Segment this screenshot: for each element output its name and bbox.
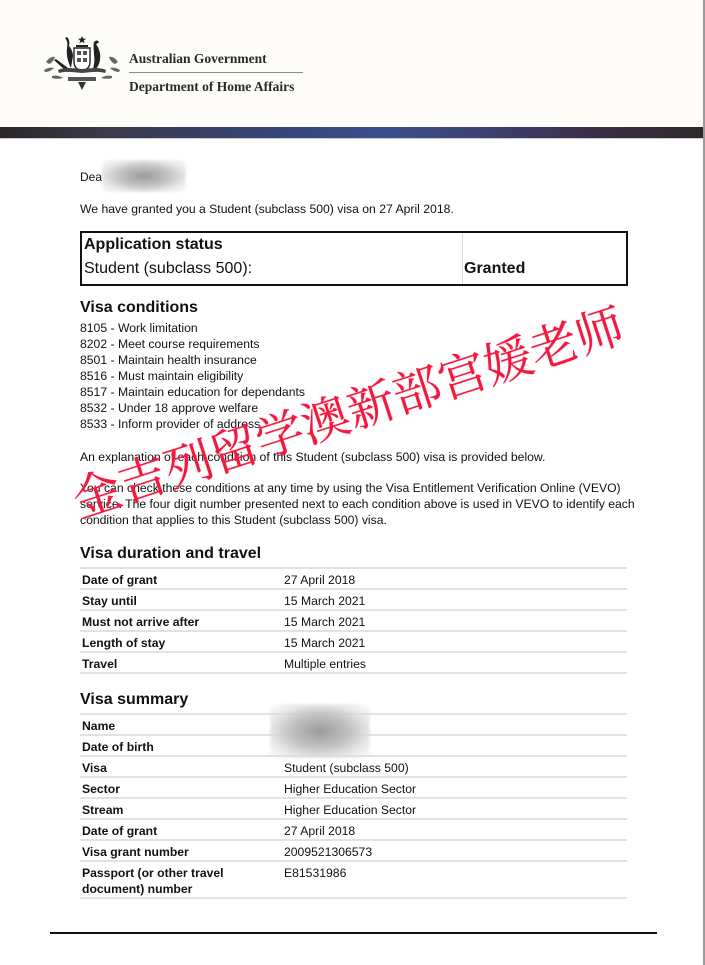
row-value: Higher Education Sector [284, 802, 416, 818]
list-item: 8202 - Meet course requirements [80, 336, 305, 352]
redacted-name [102, 160, 186, 192]
row-label: Stay until [82, 593, 262, 609]
row-label: Date of birth [82, 739, 262, 755]
table-row: Travel Multiple entries [80, 653, 627, 674]
row-value: 2009521306573 [284, 844, 372, 860]
row-value: Multiple entries [284, 656, 366, 672]
department-name: Department of Home Affairs [129, 79, 303, 95]
row-label: Sector [82, 781, 262, 797]
row-value: Higher Education Sector [284, 781, 416, 797]
row-value: 15 March 2021 [284, 593, 365, 609]
visa-summary-title: Visa summary [80, 691, 188, 709]
visa-conditions-title: Visa conditions [80, 299, 198, 317]
table-row: Visa Student (subclass 500) [80, 757, 627, 778]
duration-travel-title: Visa duration and travel [80, 545, 261, 563]
org-divider [129, 72, 303, 73]
row-label: Visa grant number [82, 844, 262, 860]
table-row: Stay until 15 March 2021 [80, 590, 627, 611]
row-value: 15 March 2021 [284, 614, 365, 630]
table-row: Stream Higher Education Sector [80, 799, 627, 820]
list-item: 8516 - Must maintain eligibility [80, 368, 305, 384]
coat-of-arms-icon [38, 32, 126, 94]
row-value: 27 April 2018 [284, 823, 355, 839]
footer-rule [50, 932, 657, 934]
row-value: 15 March 2021 [284, 635, 365, 651]
grant-intro: We have granted you a Student (subclass … [80, 202, 454, 216]
letterhead: Australian Government Department of Home… [0, 0, 703, 128]
row-value: 27 April 2018 [284, 572, 355, 588]
row-label: Date of grant [82, 572, 262, 588]
row-label: Date of grant [82, 823, 262, 839]
table-row: Length of stay 15 March 2021 [80, 632, 627, 653]
redacted-personal-details [270, 704, 370, 758]
table-row: Sector Higher Education Sector [80, 778, 627, 799]
row-label: Length of stay [82, 635, 262, 651]
status-badge: Granted [464, 260, 525, 278]
header-band [0, 127, 703, 138]
row-label: Travel [82, 656, 262, 672]
list-item: 8501 - Maintain health insurance [80, 352, 305, 368]
row-value: Student (subclass 500) [284, 760, 409, 776]
org-name: Australian Government Department of Home… [129, 51, 303, 95]
table-row: Passport (or other travel document) numb… [80, 862, 627, 899]
list-item: 8105 - Work limitation [80, 320, 305, 336]
row-label: Stream [82, 802, 262, 818]
duration-travel-table: Date of grant 27 April 2018 Stay until 1… [80, 567, 627, 674]
row-value: E81531986 [284, 865, 346, 881]
application-status-title: Application status [84, 236, 223, 254]
row-label: Passport (or other travel document) numb… [82, 865, 262, 897]
table-row: Date of grant 27 April 2018 [80, 820, 627, 841]
table-row: Date of grant 27 April 2018 [80, 569, 627, 590]
row-label: Visa [82, 760, 262, 776]
salutation: Dea [80, 170, 102, 184]
table-row: Must not arrive after 15 March 2021 [80, 611, 627, 632]
government-name: Australian Government [129, 51, 303, 67]
application-status-visa: Student (subclass 500): [84, 260, 252, 278]
status-divider [462, 233, 463, 284]
row-label: Must not arrive after [82, 614, 262, 630]
application-status-box: Application status Student (subclass 500… [80, 231, 628, 286]
table-row: Visa grant number 2009521306573 [80, 841, 627, 862]
row-label: Name [82, 718, 262, 734]
